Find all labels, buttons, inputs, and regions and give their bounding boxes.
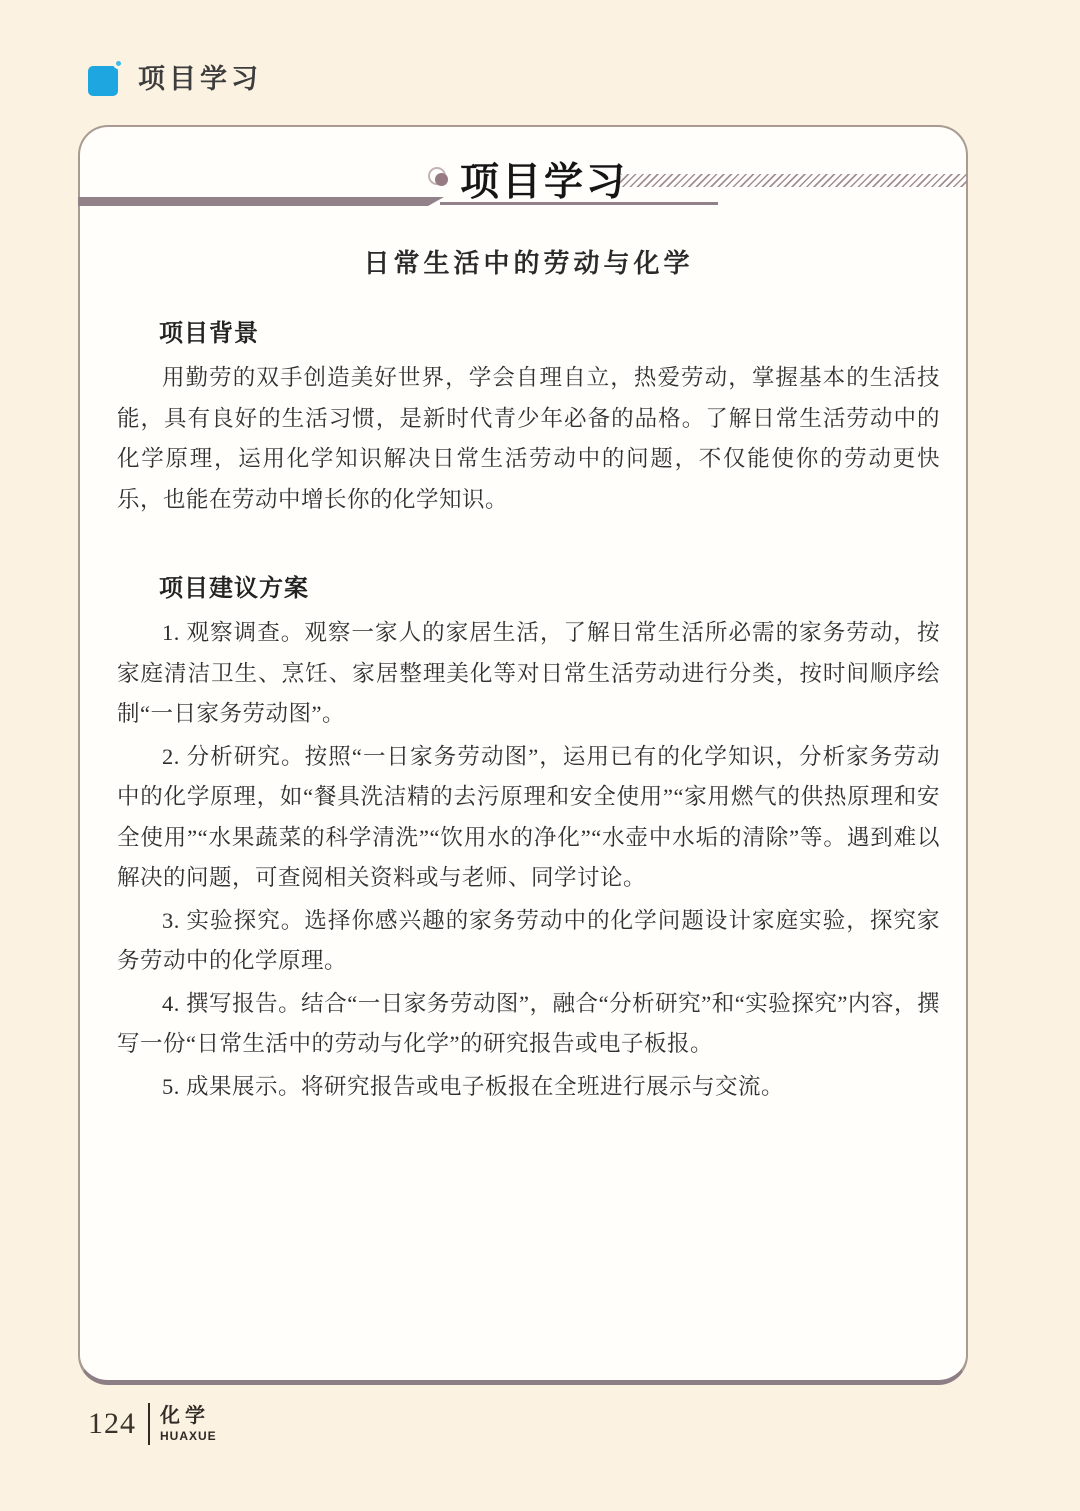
blue-square-shape	[88, 66, 118, 96]
section-banner: 项目学习	[80, 127, 966, 217]
plan-item-5: 5. 成果展示。将研究报告或电子板报在全班进行展示与交流。	[117, 1067, 940, 1108]
blue-dot-shape	[113, 58, 124, 69]
project-study-icon	[88, 58, 124, 96]
plan-item-2: 2. 分析研究。按照“一日家务劳动图”，运用已有的化学知识，分析家务劳动中的化学…	[117, 737, 940, 899]
running-header: 项目学习	[88, 57, 262, 96]
underline-bar-thick	[78, 197, 444, 206]
circle-bullet-icon	[428, 167, 446, 185]
document-body: 日常生活中的劳动与化学 项目背景 用勤劳的双手创造美好世界，学会自理自立，热爱劳…	[80, 217, 966, 1107]
banner-title: 项目学习	[460, 151, 628, 207]
plan-item-3: 3. 实验探究。选择你感兴趣的家务劳动中的化学问题设计家庭实验，探究家务劳动中的…	[117, 901, 940, 982]
book-title-pinyin: HUAXUE	[160, 1430, 217, 1442]
book-title: 化学	[160, 1406, 217, 1426]
underline-bar-thin	[440, 202, 718, 205]
section-heading-plan: 项目建议方案	[159, 568, 940, 603]
book-label: 化学 HUAXUE	[160, 1406, 217, 1442]
page-number: 124	[88, 1407, 136, 1441]
content-card: 项目学习 日常生活中的劳动与化学 项目背景 用勤劳的双手创造美好世界，学会自理自…	[78, 125, 968, 1385]
paragraph-background: 用勤劳的双手创造美好世界，学会自理自立，热爱劳动，掌握基本的生活技能，具有良好的…	[117, 358, 940, 520]
footer-divider	[148, 1403, 150, 1445]
plan-item-4: 4. 撰写报告。结合“一日家务劳动图”，融合“分析研究”和“实验探究”内容，撰写…	[117, 984, 940, 1065]
page-footer: 124 化学 HUAXUE	[88, 1403, 217, 1445]
hatch-decoration	[620, 174, 967, 187]
document-title: 日常生活中的劳动与化学	[117, 243, 940, 280]
plan-item-1: 1. 观察调查。观察一家人的家居生活，了解日常生活所必需的家务劳动，按家庭清洁卫…	[117, 613, 940, 735]
section-heading-background: 项目背景	[159, 313, 940, 348]
textbook-page: 项目学习 项目学习 日常生活中的劳动与化学 项目背景 用勤劳的双手创造美好世界，…	[0, 0, 1080, 1511]
running-header-label: 项目学习	[138, 57, 262, 96]
